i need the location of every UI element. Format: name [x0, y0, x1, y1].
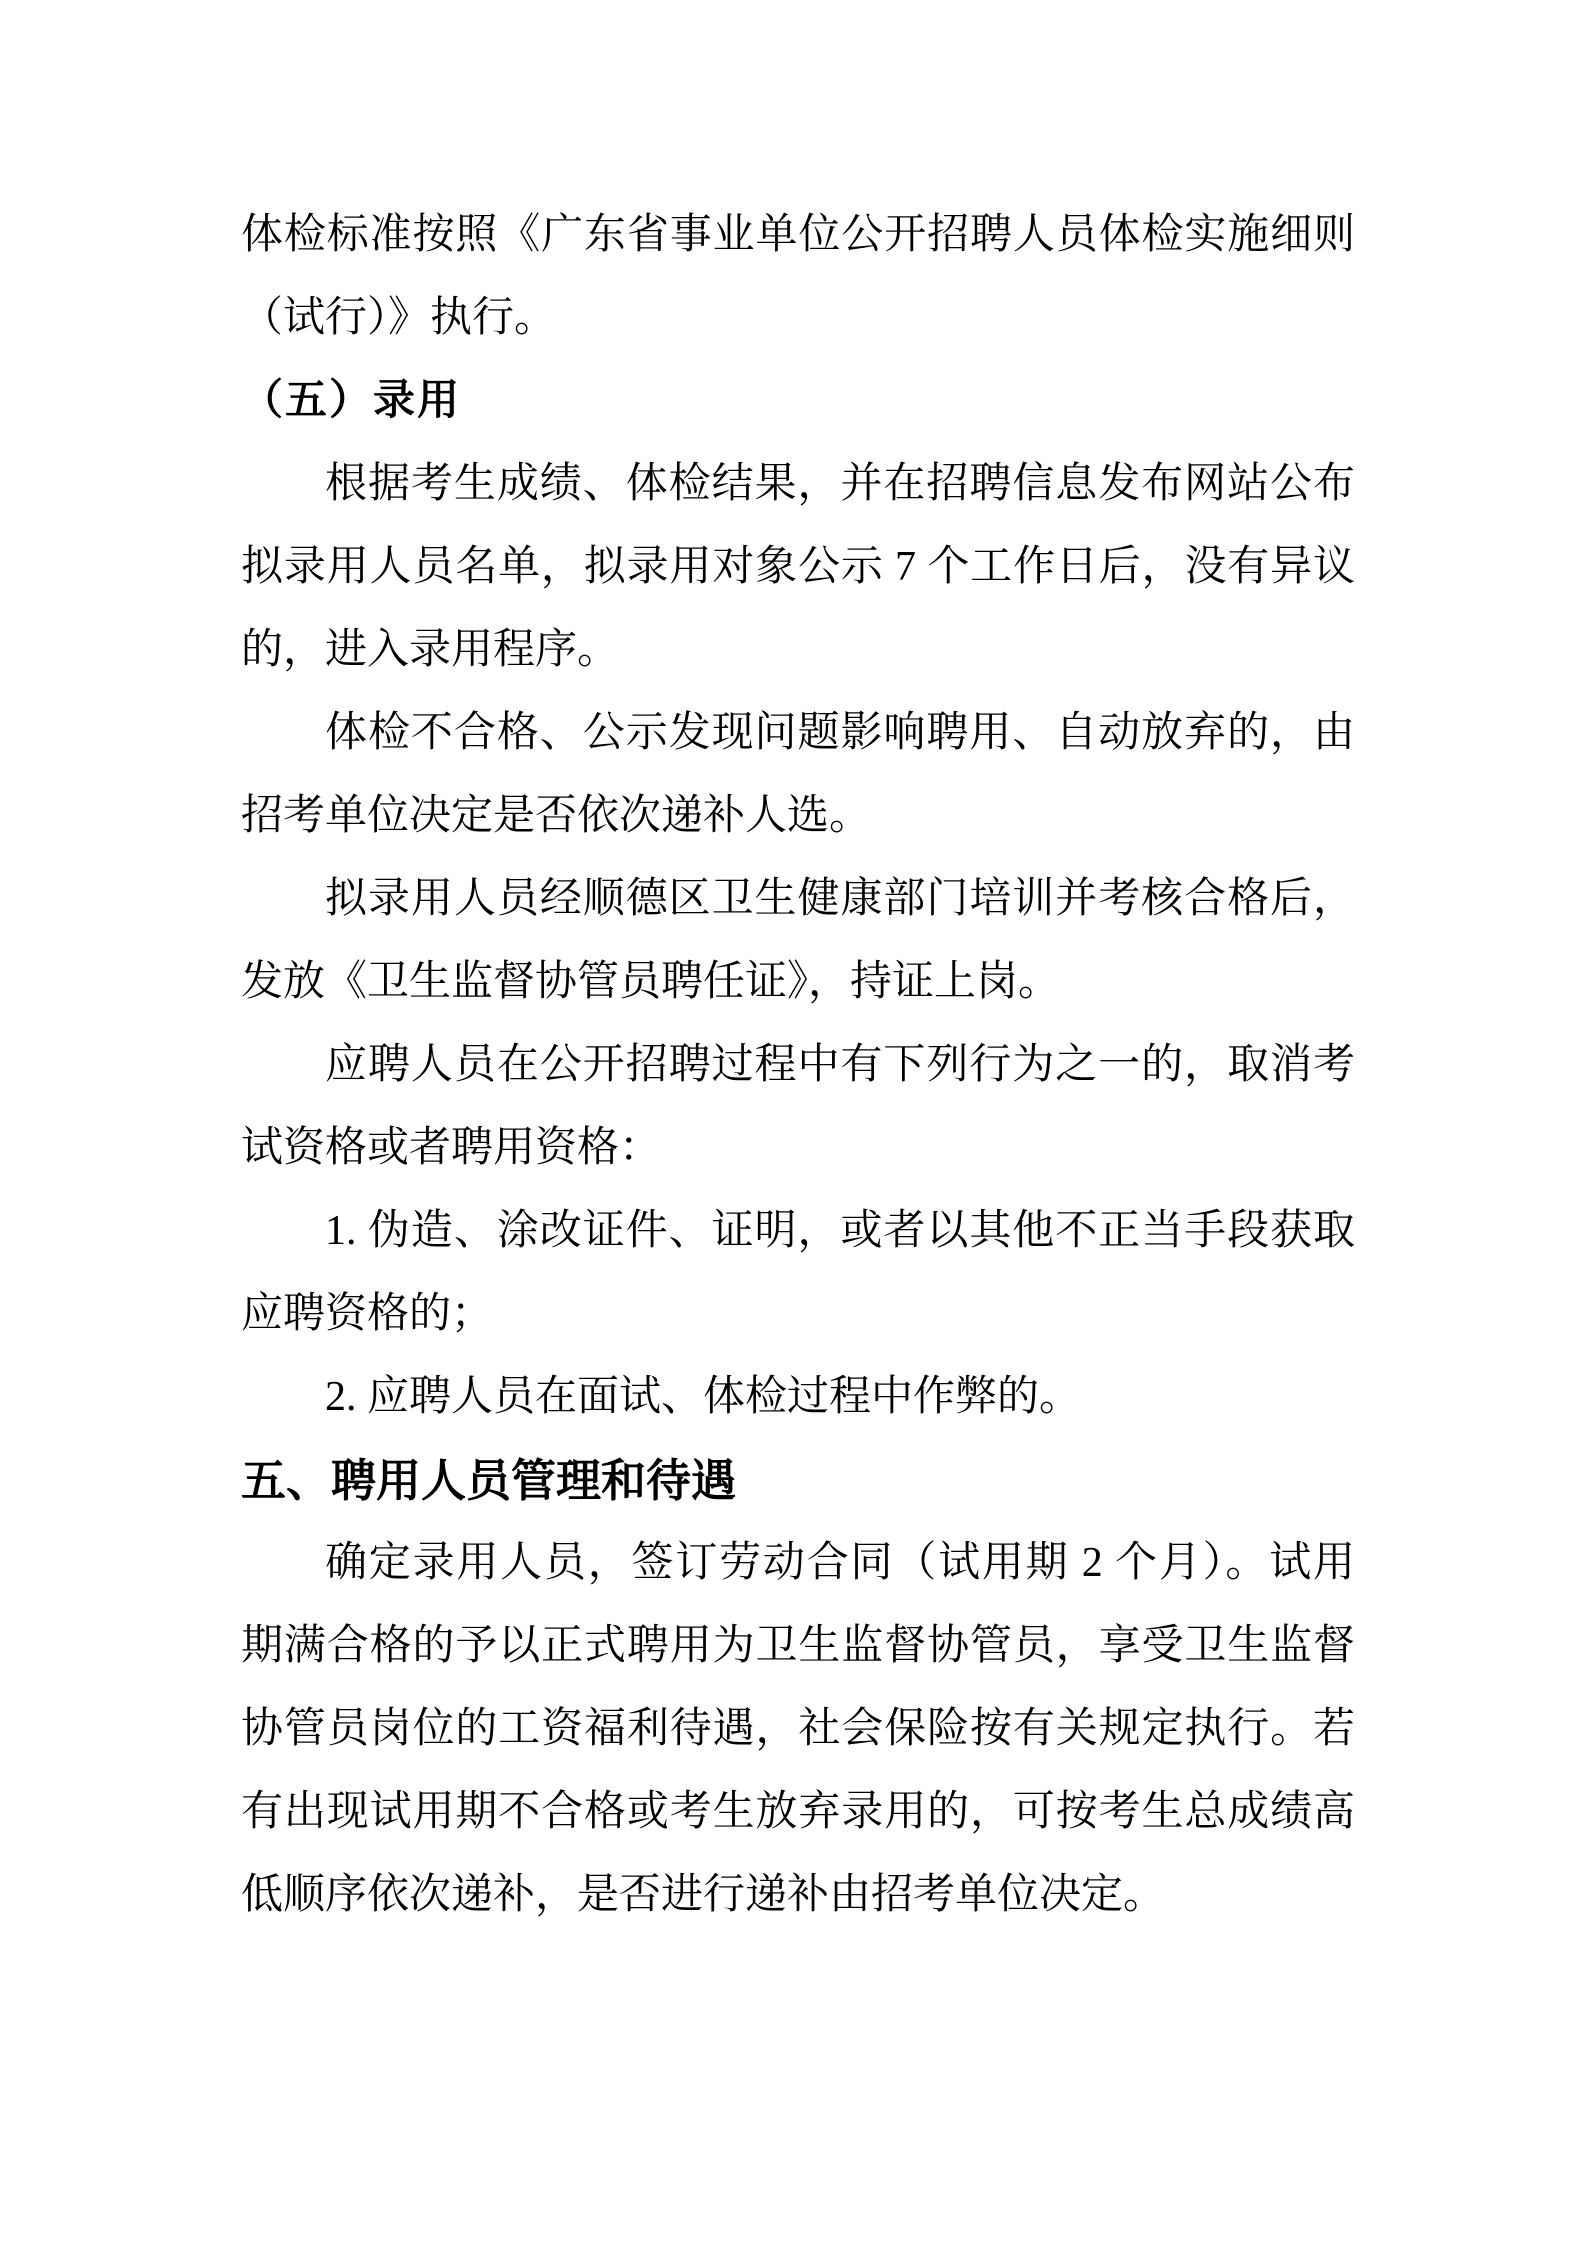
- text-line: 2. 应聘人员在面试、体检过程中作弊的。: [241, 1356, 1355, 1439]
- text-line: 招考单位决定是否依次递补人选。: [241, 775, 1355, 858]
- text-line: 拟录用人员经顺德区卫生健康部门培训并考核合格后，: [241, 858, 1355, 941]
- text-line: 五、聘用人员管理和待遇: [241, 1439, 1355, 1522]
- text-line: 协管员岗位的工资福利待遇，社会保险按有关规定执行。若: [241, 1688, 1355, 1771]
- text-line: 拟录用人员名单，拟录用对象公示 7 个工作日后，没有异议: [241, 526, 1355, 609]
- para-disqualification-item-1: 1. 伪造、涂改证件、证明，或者以其他不正当手段获取应聘资格的；: [241, 1190, 1355, 1356]
- text-line: 有出现试用期不合格或考生放弃录用的，可按考生总成绩高: [241, 1771, 1355, 1854]
- text-line: 根据考生成绩、体检结果，并在招聘信息发布网站公布: [241, 443, 1355, 526]
- para-physical-exam-standard: 体检标准按照《广东省事业单位公开招聘人员体检实施细则（试行）》执行。: [241, 194, 1355, 360]
- text-line: 应聘人员在公开招聘过程中有下列行为之一的，取消考: [241, 1024, 1355, 1107]
- page-content: 体检标准按照《广东省事业单位公开招聘人员体检实施细则（试行）》执行。（五）录用根…: [241, 194, 1355, 1937]
- text-line: 体检不合格、公示发现问题影响聘用、自动放弃的，由: [241, 692, 1355, 775]
- text-line: （试行）》执行。: [241, 277, 1355, 360]
- text-line: 的，进入录用程序。: [241, 609, 1355, 692]
- text-line: 体检标准按照《广东省事业单位公开招聘人员体检实施细则: [241, 194, 1355, 277]
- text-line: 低顺序依次递补，是否进行递补由招考单位决定。: [241, 1854, 1355, 1937]
- text-line: 应聘资格的；: [241, 1273, 1355, 1356]
- text-line: 1. 伪造、涂改证件、证明，或者以其他不正当手段获取: [241, 1190, 1355, 1273]
- text-line: 期满合格的予以正式聘用为卫生监督协管员，享受卫生监督: [241, 1605, 1355, 1688]
- text-line: 确定录用人员，签订劳动合同（试用期 2 个月）。试用: [241, 1522, 1355, 1605]
- text-line: （五）录用: [241, 360, 1355, 443]
- para-disqualification-item-2: 2. 应聘人员在面试、体检过程中作弊的。: [241, 1356, 1355, 1439]
- para-replacement-decision: 体检不合格、公示发现问题影响聘用、自动放弃的，由招考单位决定是否依次递补人选。: [241, 692, 1355, 858]
- document-page: 体检标准按照《广东省事业单位公开招聘人员体检实施细则（试行）》执行。（五）录用根…: [0, 0, 1587, 2245]
- para-training-certificate: 拟录用人员经顺德区卫生健康部门培训并考核合格后，发放《卫生监督协管员聘任证》，持…: [241, 858, 1355, 1024]
- para-contract-and-benefits: 确定录用人员，签订劳动合同（试用期 2 个月）。试用期满合格的予以正式聘用为卫生…: [241, 1522, 1355, 1937]
- para-disqualification-intro: 应聘人员在公开招聘过程中有下列行为之一的，取消考试资格或者聘用资格：: [241, 1024, 1355, 1190]
- text-line: 试资格或者聘用资格：: [241, 1107, 1355, 1190]
- para-publish-candidate-list: 根据考生成绩、体检结果，并在招聘信息发布网站公布拟录用人员名单，拟录用对象公示 …: [241, 443, 1355, 692]
- text-line: 发放《卫生监督协管员聘任证》，持证上岗。: [241, 941, 1355, 1024]
- heading-section-5-recruitment: （五）录用: [241, 360, 1355, 443]
- heading-section-5-management-treatment: 五、聘用人员管理和待遇: [241, 1439, 1355, 1522]
